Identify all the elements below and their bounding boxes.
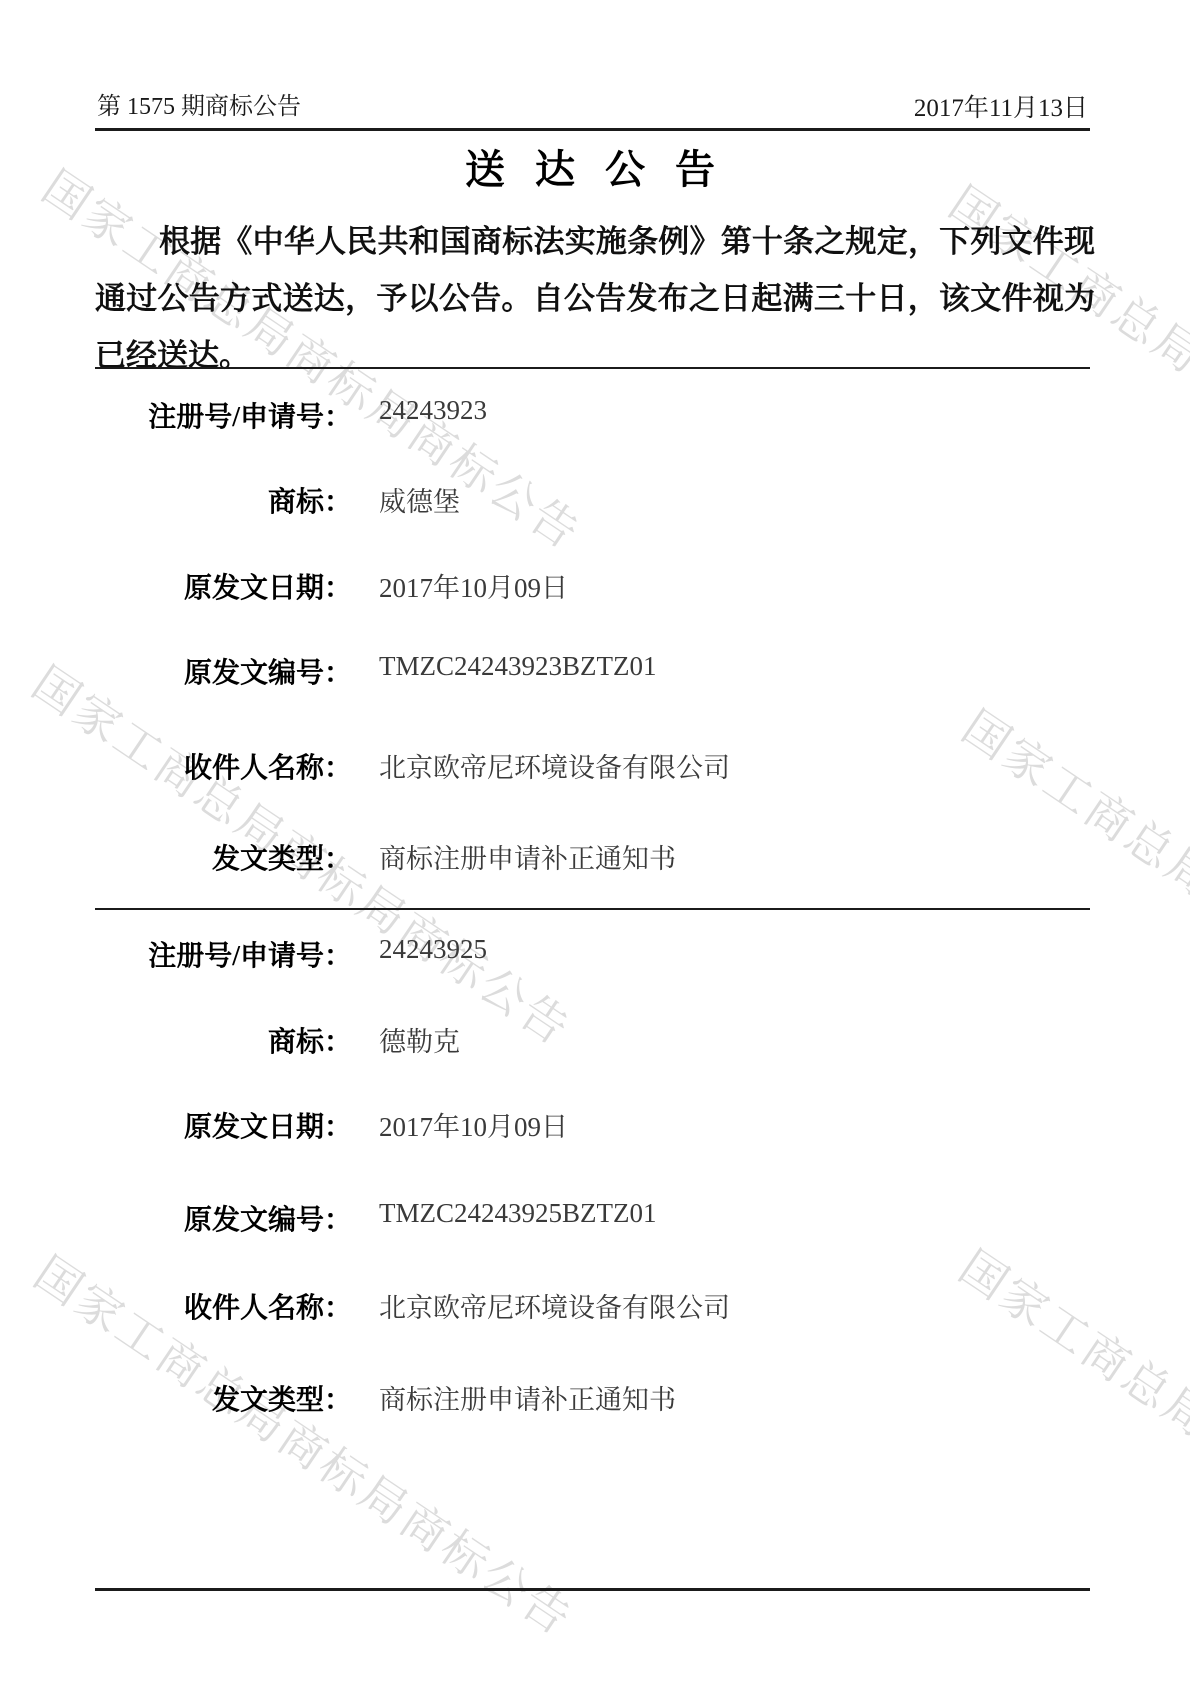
field-value: TMZC24243925BZTZ01 (379, 1198, 657, 1229)
field-label: 原发文日期： (95, 1105, 352, 1145)
record-field-row: 发文类型： 商标注册申请补正通知书 (95, 837, 1095, 873)
field-label: 注册号/申请号： (95, 395, 352, 435)
field-value: 2017年10月09日 (379, 566, 568, 605)
intro-paragraph: 根据《中华人民共和国商标法实施条例》第十条之规定，下列文件现通过公告方式送达，予… (95, 213, 1095, 384)
field-value: 2017年10月09日 (379, 1105, 568, 1144)
field-value: 威德堡 (379, 480, 460, 519)
field-value: 24243925 (379, 934, 487, 965)
record-field-row: 注册号/申请号： 24243923 (95, 395, 1095, 431)
field-label: 发文类型： (95, 837, 352, 877)
field-value: TMZC24243923BZTZ01 (379, 651, 657, 682)
record-field-row: 商标： 德勒克 (95, 1020, 1095, 1056)
record-field-row: 收件人名称： 北京欧帝尼环境设备有限公司 (95, 1286, 1095, 1322)
gazette-page: 国家工商总局商标局商标公告 国家工商总局商标局商标公告 国家工商总局商标局商标公… (0, 0, 1190, 1684)
field-label: 注册号/申请号： (95, 934, 352, 974)
field-label: 商标： (95, 1020, 352, 1060)
page-title: 送 达 公 告 (0, 138, 1190, 195)
field-label: 收件人名称： (95, 1286, 352, 1326)
field-label: 收件人名称： (95, 746, 352, 786)
field-label: 原发文日期： (95, 566, 352, 606)
field-label: 原发文编号： (95, 1198, 352, 1238)
record-field-row: 发文类型： 商标注册申请补正通知书 (95, 1378, 1095, 1414)
field-value: 24243923 (379, 395, 487, 426)
record-field-row: 收件人名称： 北京欧帝尼环境设备有限公司 (95, 746, 1095, 782)
field-label: 发文类型： (95, 1378, 352, 1418)
bottom-rule (95, 1588, 1090, 1591)
page-content: 第 1575 期商标公告 2017年11月13日 送 达 公 告 根据《中华人民… (0, 0, 1190, 1684)
field-label: 原发文编号： (95, 651, 352, 691)
record-field-row: 原发文编号： TMZC24243925BZTZ01 (95, 1198, 1095, 1234)
header-rule (95, 128, 1090, 131)
gazette-issue-number: 第 1575 期商标公告 (97, 86, 301, 121)
field-value: 北京欧帝尼环境设备有限公司 (379, 746, 730, 785)
field-value: 北京欧帝尼环境设备有限公司 (379, 1286, 730, 1325)
field-label: 商标： (95, 480, 352, 520)
record-field-row: 原发文日期： 2017年10月09日 (95, 1105, 1095, 1141)
field-value: 商标注册申请补正通知书 (379, 1378, 676, 1417)
field-value: 商标注册申请补正通知书 (379, 837, 676, 876)
gazette-date: 2017年11月13日 (914, 88, 1088, 124)
record-field-row: 注册号/申请号： 24243925 (95, 934, 1095, 970)
record-field-row: 商标： 威德堡 (95, 480, 1095, 516)
field-value: 德勒克 (379, 1020, 460, 1059)
record-2: 注册号/申请号： 24243925 商标： 德勒克 原发文日期： 2017年10… (95, 909, 1095, 1588)
record-field-row: 原发文日期： 2017年10月09日 (95, 566, 1095, 602)
record-field-row: 原发文编号： TMZC24243923BZTZ01 (95, 651, 1095, 687)
record-1: 注册号/申请号： 24243923 商标： 威德堡 原发文日期： 2017年10… (95, 368, 1095, 909)
